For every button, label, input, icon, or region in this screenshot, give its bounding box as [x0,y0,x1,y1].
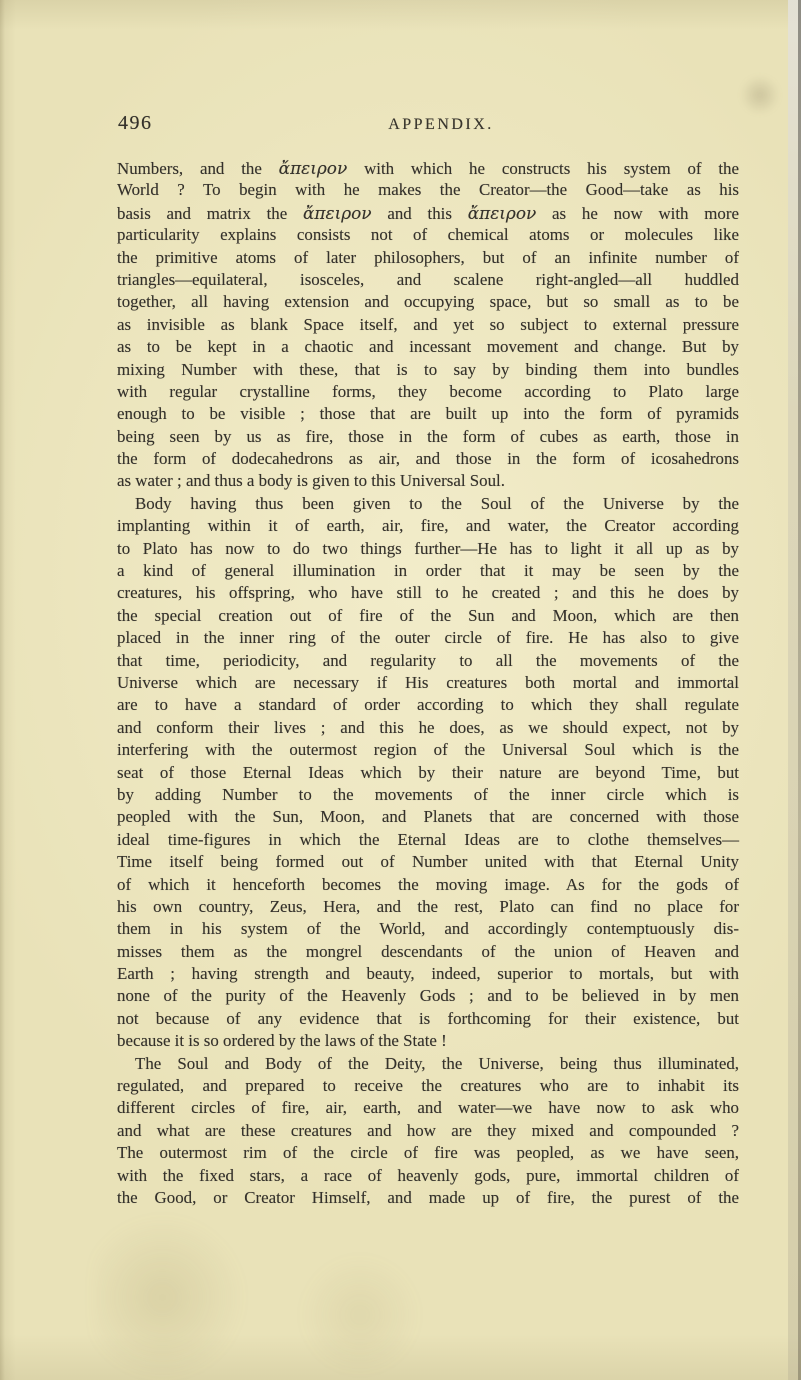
text-line: that time, periodicity, and regularity t… [117,650,739,672]
text-line: together, all having extension and occup… [117,291,739,313]
text-line: different circles of fire, air, earth, a… [117,1097,739,1119]
text-line: regulated, and prepared to receive the c… [117,1075,739,1097]
page-body-text: Numbers, and the ἄπειρον with which he c… [117,157,739,1209]
text-line: basis and matrix the ἄπειρον and this ἄπ… [117,202,739,224]
text-line: ideal time-figures in which the Eternal … [117,829,739,851]
text-line: implanting within it of earth, air, fire… [117,515,739,537]
text-line: with the fixed stars, a race of heavenly… [117,1165,739,1187]
text-line: creatures, his offspring, who have still… [117,582,739,604]
text-line: peopled with the Sun, Moon, and Planets … [117,806,739,828]
text-line: The outermost rim of the circle of fire … [117,1142,739,1164]
text-line: as to be kept in a chaotic and incessant… [117,336,739,358]
running-head: APPENDIX. [130,116,752,134]
text-line: the primitive atoms of later philosopher… [117,247,739,269]
text-line: as water ; and thus a body is given to t… [117,470,739,492]
text-line: as invisible as blank Space itself, and … [117,314,739,336]
text-line: particularity explains consists not of c… [117,224,739,246]
text-line: placed in the inner ring of the outer ci… [117,627,739,649]
text-line: World ? To begin with he makes the Creat… [117,179,739,201]
text-line: are to have a standard of order accordin… [117,694,739,716]
text-line: because it is so ordered by the laws of … [117,1030,739,1052]
text-line: none of the purity of the Heavenly Gods … [117,985,739,1007]
greek-term: ἄπειρον [303,203,372,223]
text-line: misses them as the mongrel descendants o… [117,941,739,963]
greek-term: ἄπειρον [468,203,537,223]
text-line: Time itself being formed out of Number u… [117,851,739,873]
text-line: interfering with the outermost region of… [117,739,739,761]
text-line: of which it henceforth becomes the movin… [117,874,739,896]
text-line: being seen by us as fire, those in the f… [117,426,739,448]
text-line: by adding Number to the movements of the… [117,784,739,806]
text-line: them in his system of the World, and acc… [117,918,739,940]
text-line: Body having thus been given to the Soul … [117,493,739,515]
text-line: the special creation out of fire of the … [117,605,739,627]
text-line: Numbers, and the ἄπειρον with which he c… [117,157,739,179]
text-line: enough to be visible ; those that are bu… [117,403,739,425]
text-line: to Plato has now to do two things furthe… [117,538,739,560]
text-line: seat of those Eternal Ideas which by the… [117,762,739,784]
text-line: the form of dodecahedrons as air, and th… [117,448,739,470]
text-line: and what are these creatures and how are… [117,1120,739,1142]
text-line: a kind of general illumination in order … [117,560,739,582]
page-edge-shadow [788,0,801,1380]
text-line: triangles—equilateral, isosceles, and sc… [117,269,739,291]
text-line: not because of any evidence that is fort… [117,1008,739,1030]
text-line: and conform their lives ; and this he do… [117,717,739,739]
text-line: the Good, or Creator Himself, and made u… [117,1187,739,1209]
greek-term: ἄπειρον [279,158,348,178]
text-line: his own country, Zeus, Hera, and the res… [117,896,739,918]
text-line: Earth ; having strength and beauty, inde… [117,963,739,985]
text-line: The Soul and Body of the Deity, the Univ… [117,1053,739,1075]
text-line: Universe which are necessary if His crea… [117,672,739,694]
text-line: mixing Number with these, that is to say… [117,359,739,381]
text-line: with regular crystalline forms, they bec… [117,381,739,403]
